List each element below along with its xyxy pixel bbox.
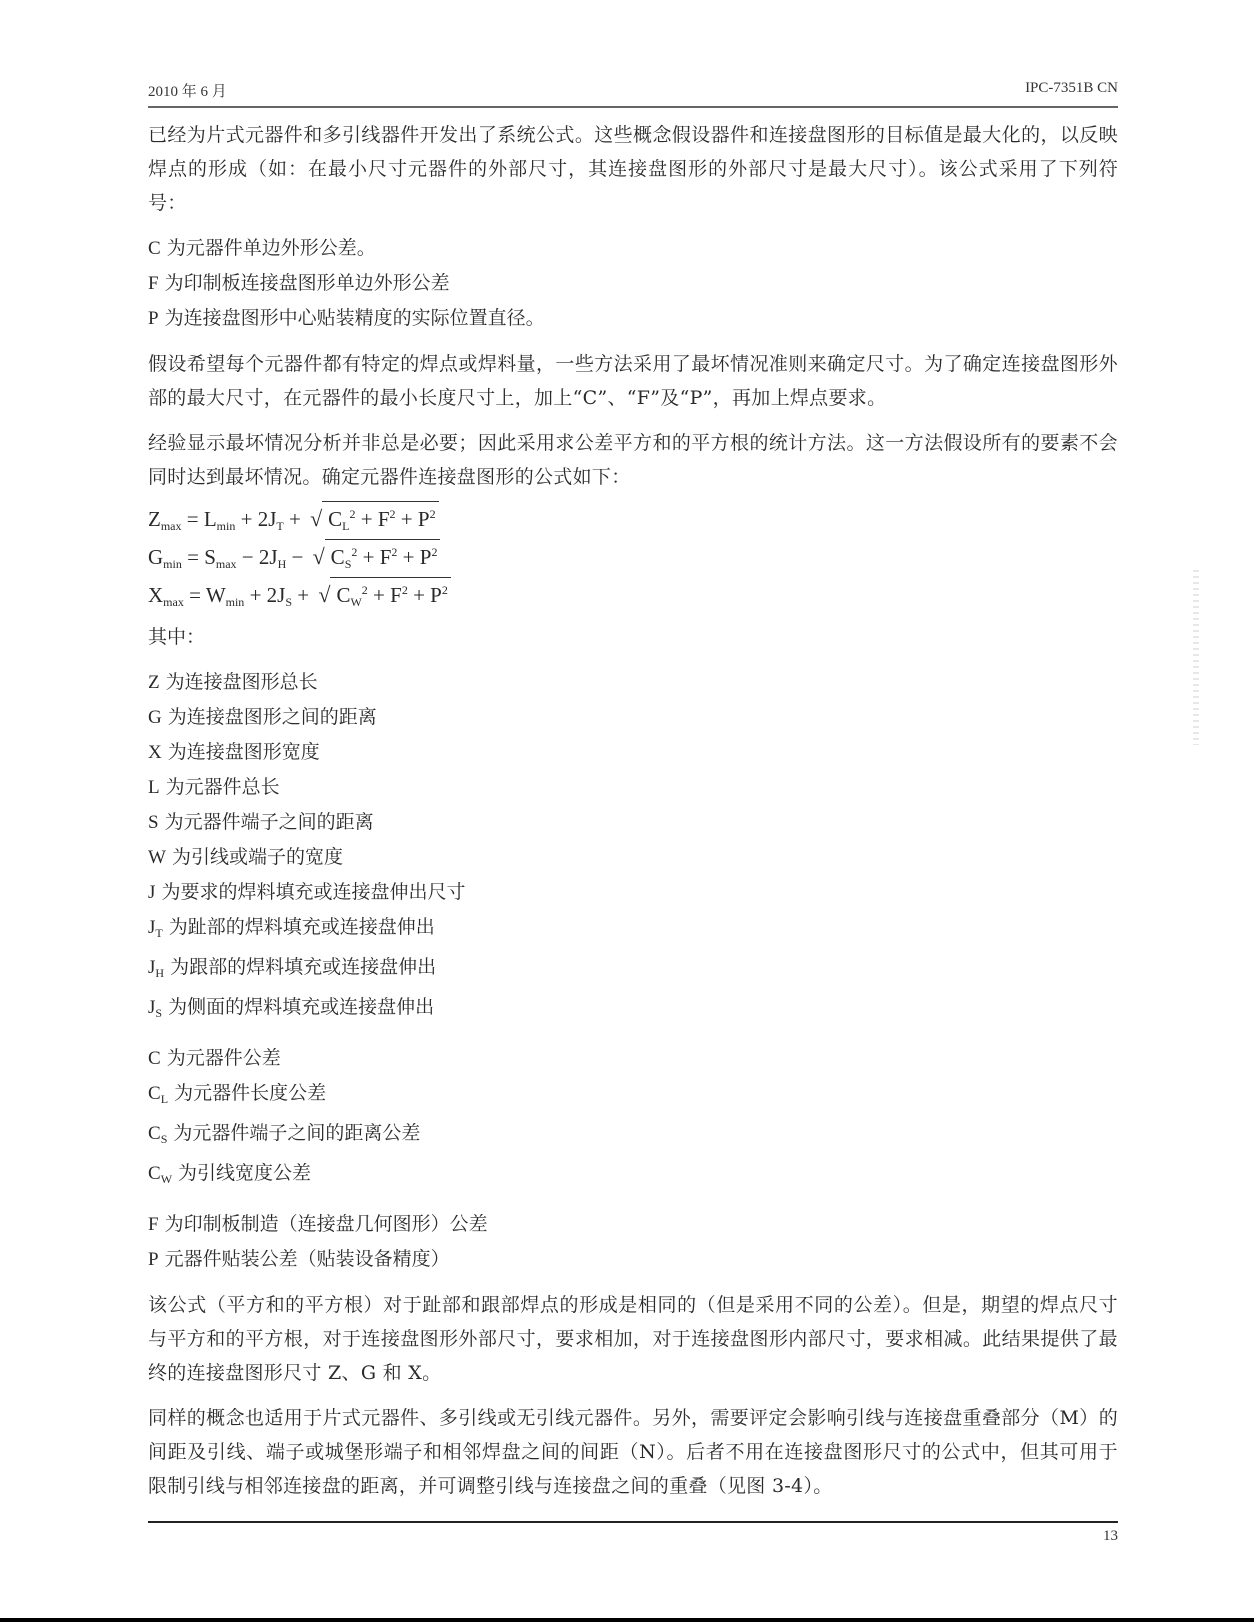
definition-item: CS 为元器件端子之间的距离公差 <box>148 1116 1118 1156</box>
definition-item: L 为元器件总长 <box>148 770 1118 805</box>
page-body: 已经为片式元器件和多引线器件开发出了系统公式。这些概念假设器件和连接盘图形的目标… <box>148 118 1118 1503</box>
formula-block: Zmax = Lmin + 2JT + √CL2 + F2 + P2 Gmin … <box>148 500 1118 614</box>
page-header: 2010 年 6 月 IPC-7351B CN <box>148 80 1118 100</box>
definition-item: J 为要求的焊料填充或连接盘伸出尺寸 <box>148 875 1118 910</box>
definition-item: JT 为趾部的焊料填充或连接盘伸出 <box>148 910 1118 950</box>
definition-item: S 为元器件端子之间的距离 <box>148 805 1118 840</box>
intro-paragraph: 已经为片式元器件和多引线器件开发出了系统公式。这些概念假设器件和连接盘图形的目标… <box>148 118 1118 220</box>
definitions-dimensions: Z 为连接盘图形总长 G 为连接盘图形之间的距离 X 为连接盘图形宽度 L 为元… <box>148 665 1118 1030</box>
formula-z: Zmax = Lmin + 2JT + √CL2 + F2 + P2 <box>148 500 1118 538</box>
definition-item: G 为连接盘图形之间的距离 <box>148 700 1118 735</box>
symbol-list: C 为元器件单边外形公差。 F 为印制板连接盘图形单边外形公差 P 为连接盘图形… <box>148 231 1118 336</box>
header-date: 2010 年 6 月 <box>148 80 227 101</box>
where-label: 其中： <box>148 620 1118 654</box>
square-root: √CW2 + F2 + P2 <box>314 576 450 614</box>
square-root: √CS2 + F2 + P2 <box>309 538 441 576</box>
definition-item: JH 为跟部的焊料填充或连接盘伸出 <box>148 950 1118 990</box>
square-root: √CL2 + F2 + P2 <box>306 500 439 538</box>
definition-item: F 为印制板制造（连接盘几何图形）公差 <box>148 1207 1118 1242</box>
symbol-item: F 为印制板连接盘图形单边外形公差 <box>148 266 1118 301</box>
formula-x: Xmax = Wmin + 2JS + √CW2 + F2 + P2 <box>148 576 1118 614</box>
definition-item: Z 为连接盘图形总长 <box>148 665 1118 700</box>
worst-case-paragraph: 假设希望每个元器件都有特定的焊点或焊料量，一些方法采用了最坏情况准则来确定尺寸。… <box>148 347 1118 415</box>
formula-g: Gmin = Smax − 2JH − √CS2 + F2 + P2 <box>148 538 1118 576</box>
definition-item: CW 为引线宽度公差 <box>148 1156 1118 1196</box>
symbol-item: C 为元器件单边外形公差。 <box>148 231 1118 266</box>
footer-rule <box>148 1521 1118 1523</box>
definition-item: CL 为元器件长度公差 <box>148 1076 1118 1116</box>
rss-paragraph: 经验显示最坏情况分析并非总是必要；因此采用求公差平方和的平方根的统计方法。这一方… <box>148 426 1118 494</box>
definition-item: W 为引线或端子的宽度 <box>148 840 1118 875</box>
scan-edge-bar <box>0 1618 1254 1622</box>
concept-extension-paragraph: 同样的概念也适用于片式元器件、多引线或无引线元器件。另外，需要评定会影响引线与连… <box>148 1401 1118 1503</box>
margin-watermark <box>1193 570 1199 745</box>
header-doc-id: IPC-7351B CN <box>1025 80 1118 97</box>
page-number: 13 <box>148 1528 1118 1545</box>
definitions-component-tolerance: C 为元器件公差 CL 为元器件长度公差 CS 为元器件端子之间的距离公差 CW… <box>148 1041 1118 1196</box>
definition-item: X 为连接盘图形宽度 <box>148 735 1118 770</box>
definition-item: JS 为侧面的焊料填充或连接盘伸出 <box>148 990 1118 1030</box>
symbol-item: P 为连接盘图形中心贴装精度的实际位置直径。 <box>148 301 1118 336</box>
rss-application-paragraph: 该公式（平方和的平方根）对于趾部和跟部焊点的形成是相同的（但是采用不同的公差）。… <box>148 1288 1118 1390</box>
definitions-board-placement: F 为印制板制造（连接盘几何图形）公差 P 元器件贴装公差（贴装设备精度） <box>148 1207 1118 1277</box>
definition-item: P 元器件贴装公差（贴装设备精度） <box>148 1242 1118 1277</box>
header-rule <box>148 106 1118 108</box>
definition-item: C 为元器件公差 <box>148 1041 1118 1076</box>
